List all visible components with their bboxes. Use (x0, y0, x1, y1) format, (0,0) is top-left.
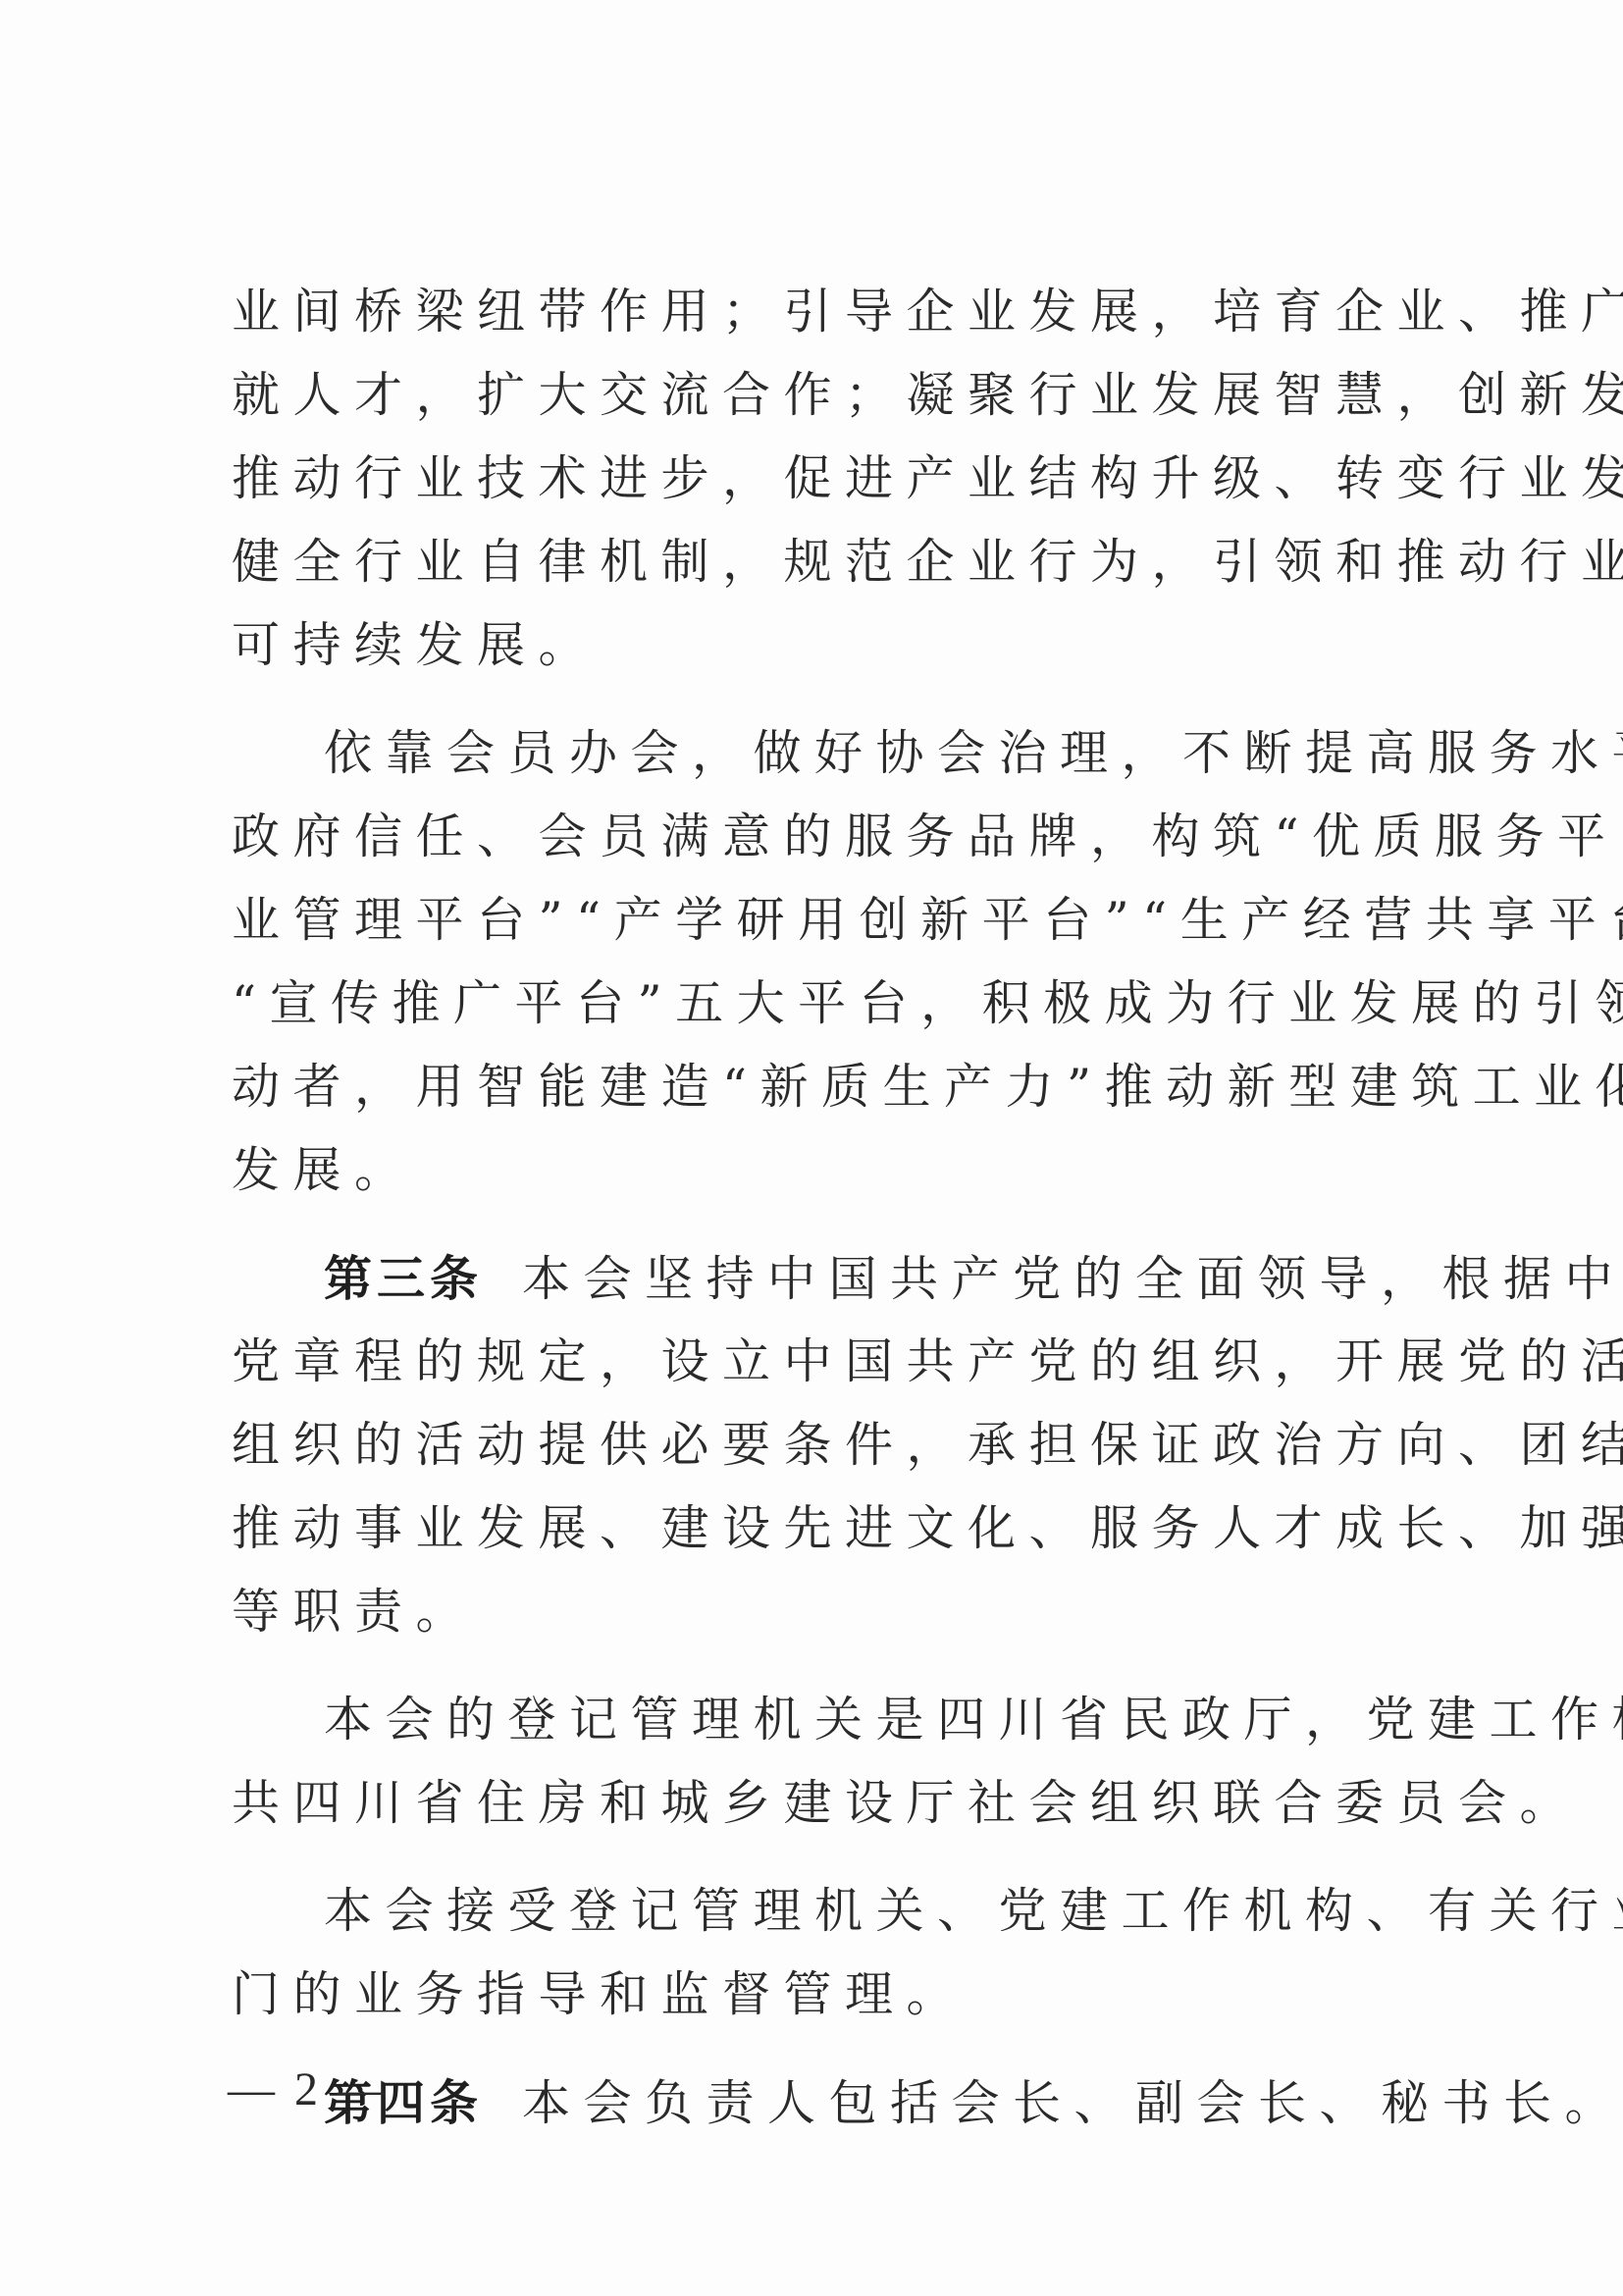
text-line: 政府信任、会员满意的服务品牌，构筑“优质服务平台”“行 (232, 803, 1623, 871)
text-line: 可持续发展。 (232, 611, 600, 680)
article-3-first-line: 第三条本会坚持中国共产党的全面领导，根据中国共产 (324, 1244, 1623, 1313)
text-line: 推动事业发展、建设先进文化、服务人才成长、加强自身建设 (232, 1494, 1623, 1563)
text-line: 本会的登记管理机关是四川省民政厅，党建工作机构是中 (324, 1686, 1623, 1754)
text-span: 本会坚持中国共产党的全面领导，根据中国共产 (522, 1251, 1623, 1307)
text-line: 推动行业技术进步，促进产业结构升级、转变行业发展方式， (232, 444, 1623, 513)
text-span: 本会负责人包括会长、副会长、秘书长。 (522, 2075, 1623, 2131)
text-line: “宣传推广平台”五大平台，积极成为行业发展的引领者和推 (232, 969, 1623, 1038)
text-line: 就人才，扩大交流合作；凝聚行业发展智慧，创新发展机制， (232, 361, 1623, 430)
text-line: 本会接受登记管理机关、党建工作机构、有关行业管理部 (324, 1877, 1623, 1946)
article-label: 第三条 (324, 1250, 483, 1307)
document-page: 业间桥梁纽带作用；引导企业发展，培育企业、推广产品、铸 就人才，扩大交流合作；凝… (0, 0, 1623, 2296)
text-line: 共四川省住房和城乡建设厅社会组织联合委员会。 (232, 1769, 1581, 1838)
text-line: 党章程的规定，设立中国共产党的组织，开展党的活动，为党 (232, 1328, 1623, 1396)
text-line: 健全行业自律机制，规范企业行为，引领和推动行业绿色健康 (232, 528, 1623, 597)
text-line: 门的业务指导和监督管理。 (232, 1960, 968, 2029)
text-line: 业管理平台”“产学研用创新平台”“生产经营共享平台”和 (232, 886, 1623, 955)
text-line: 组织的活动提供必要条件，承担保证政治方向、团结凝聚群众、 (232, 1411, 1623, 1480)
text-line: 依靠会员办会，做好协会治理，不断提高服务水平，打造 (324, 719, 1623, 788)
page-number: — 2 — (228, 2061, 389, 2119)
text-line: 等职责。 (232, 1578, 477, 1646)
article-4-first-line: 第四条本会负责人包括会长、副会长、秘书长。 (324, 2068, 1623, 2137)
text-line: 业间桥梁纽带作用；引导企业发展，培育企业、推广产品、铸 (232, 278, 1623, 346)
text-line: 动者，用智能建造“新质生产力”推动新型建筑工业化高质量 (232, 1053, 1623, 1122)
text-line: 发展。 (232, 1136, 416, 1205)
